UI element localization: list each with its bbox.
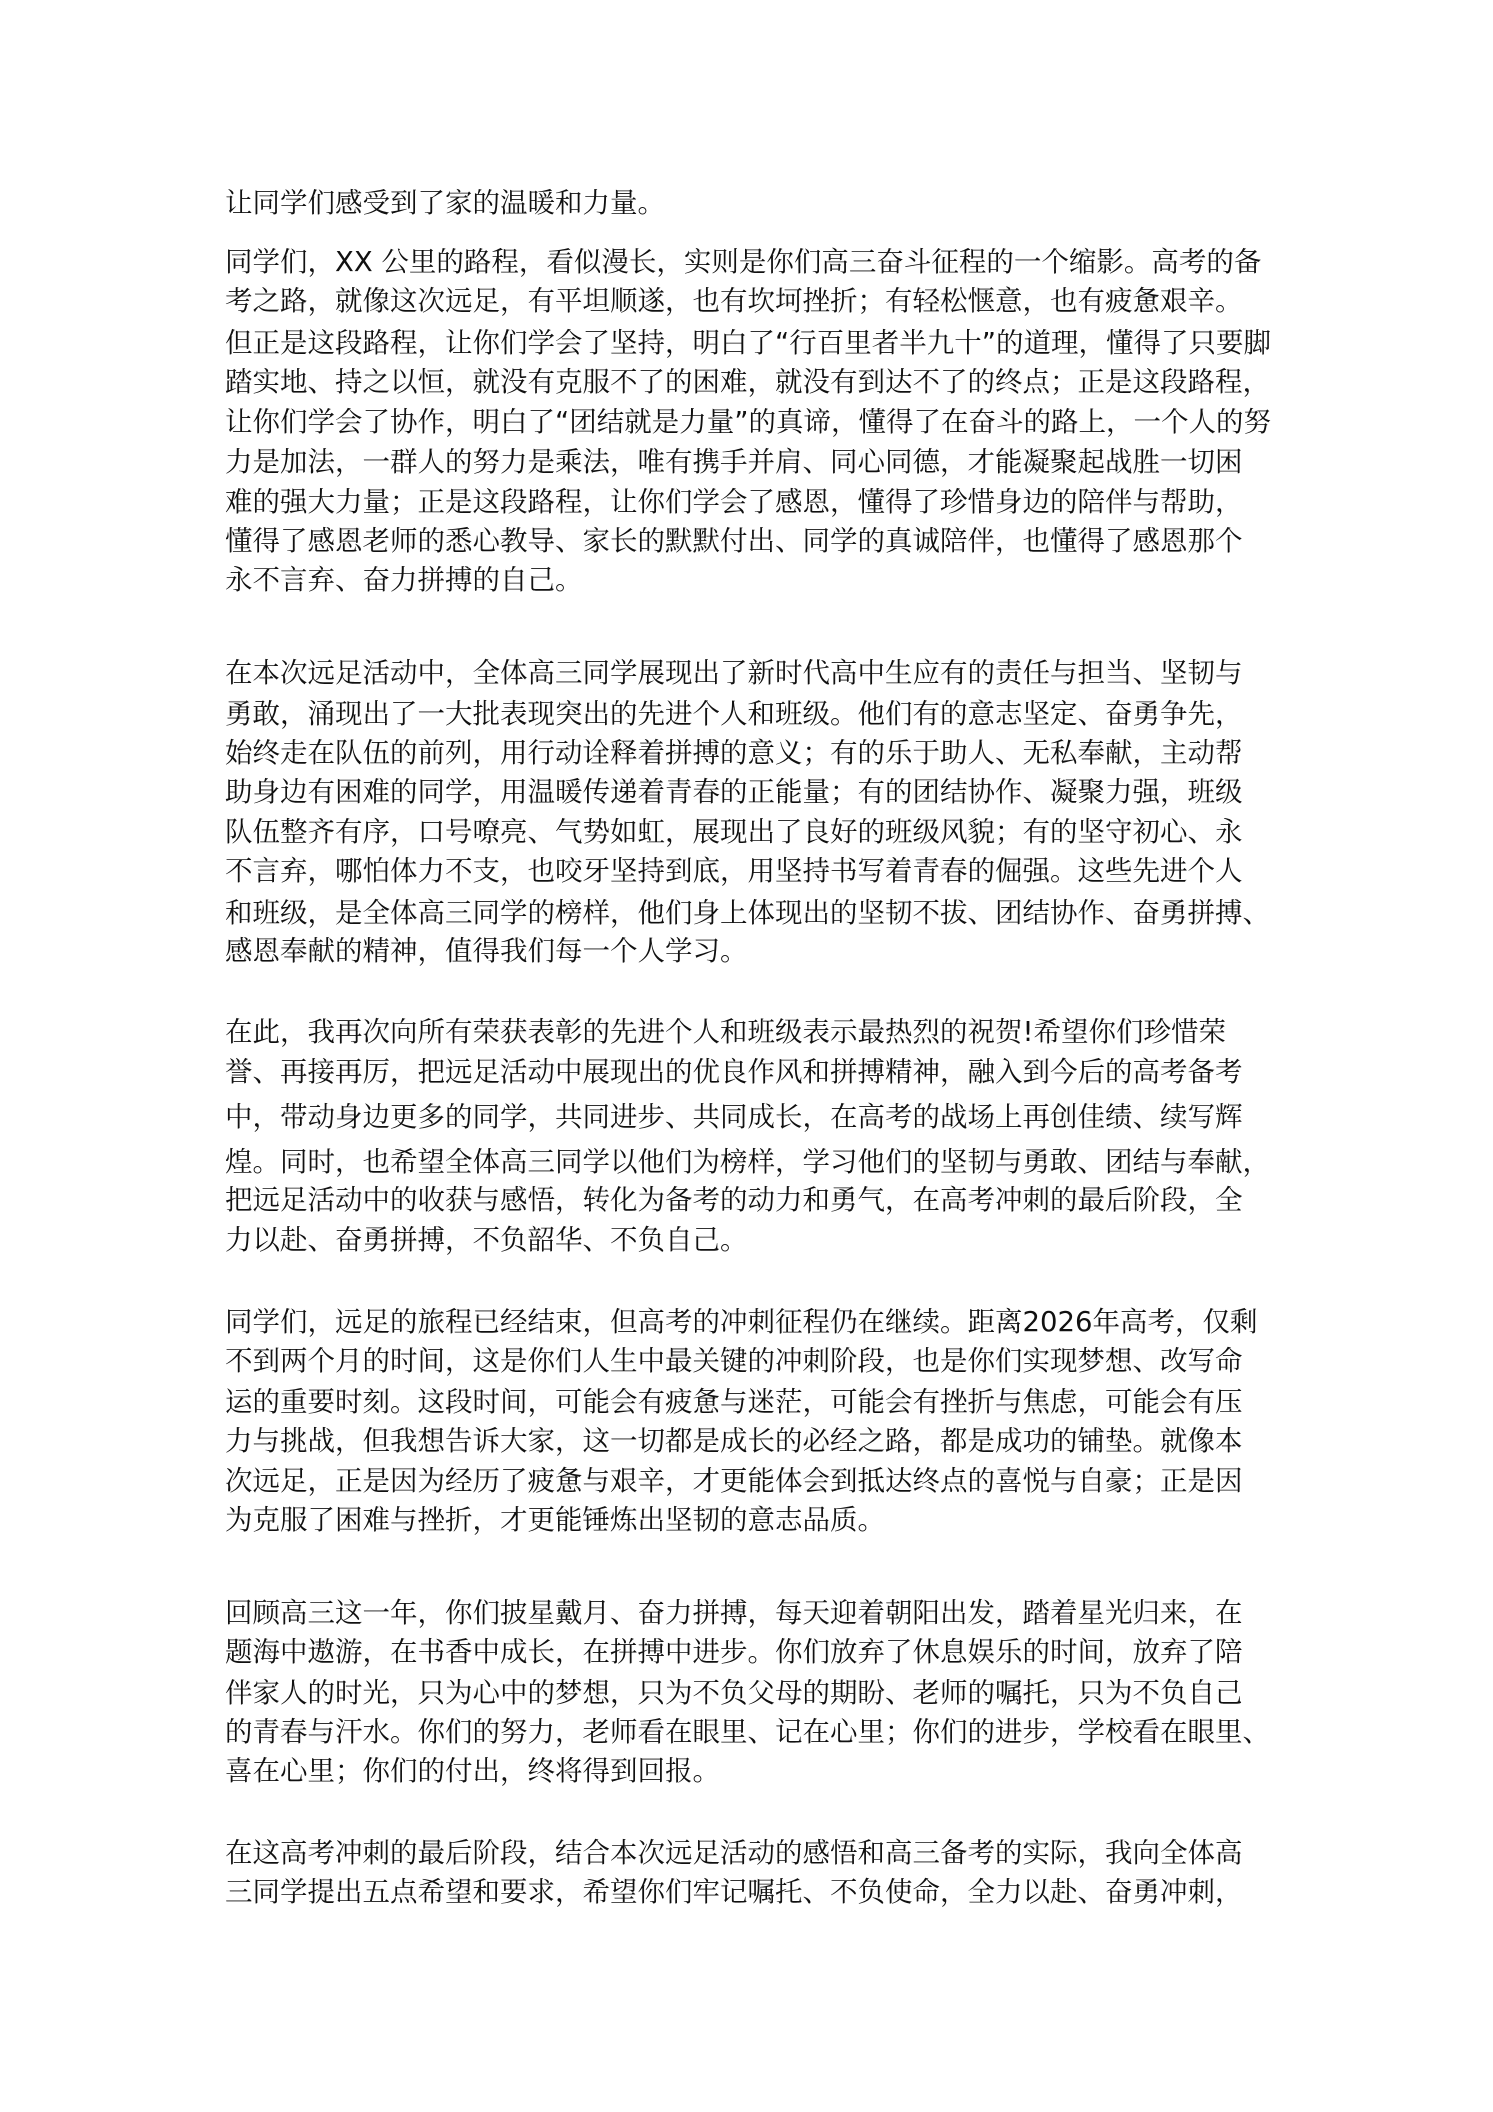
text-line: 次远足，正是因为经历了疲惫与艰辛，才更能体会到抵达终点的喜悦与自豪；正是因 bbox=[225, 1464, 1243, 1498]
text-line: 誉、再接再厉，把远足活动中展现出的优良作风和拼搏精神，融入到今后的高考备考 bbox=[225, 1055, 1243, 1089]
text-line: 永不言弃、奋力拼搏的自己。 bbox=[225, 563, 583, 597]
text-line: 勇敢，涌现出了一大批表现突出的先进个人和班级。他们有的意志坚定、奋勇争先， bbox=[225, 697, 1243, 731]
text-line: 中，带动身边更多的同学，共同进步、共同成长，在高考的战场上再创佳绩、续写辉 bbox=[225, 1100, 1243, 1134]
text-line: 考之路，就像这次远足，有平坦顺遂，也有坎坷挫折；有轻松惬意，也有疲惫艰辛。 bbox=[225, 284, 1243, 318]
text-line: 在这高考冲刺的最后阶段，结合本次远足活动的感悟和高三备考的实际，我向全体高 bbox=[225, 1836, 1243, 1870]
text-line: 和班级，是全体高三同学的榜样，他们身上体现出的坚韧不拔、团结协作、奋勇拼搏、 bbox=[225, 896, 1270, 930]
text-line: 喜在心里；你们的付出，终将得到回报。 bbox=[225, 1754, 720, 1788]
text-line: 踏实地、持之以恒，就没有克服不了的困难，就没有到达不了的终点；正是这段路程， bbox=[225, 365, 1270, 399]
document-page: 让同学们感受到了家的温暖和力量。 同学们，XX 公里的路程，看似漫长，实则是你们… bbox=[0, 0, 1493, 2112]
text-line: 的青春与汗水。你们的努力，老师看在眼里、记在心里；你们的进步，学校看在眼里、 bbox=[225, 1715, 1270, 1749]
text-line: 为克服了困难与挫折，才更能锤炼出坚韧的意志品质。 bbox=[225, 1503, 885, 1537]
text-line: 不言弃，哪怕体力不支，也咬牙坚持到底，用坚持书写着青春的倔强。这些先进个人 bbox=[225, 854, 1243, 888]
text-line: 同学们，XX 公里的路程，看似漫长，实则是你们高三奋斗征程的一个缩影。高考的备 bbox=[225, 245, 1261, 279]
text-line: 三同学提出五点希望和要求，希望你们牢记嘱托、不负使命，全力以赴、奋勇冲刺， bbox=[225, 1875, 1243, 1909]
text-line: 助身边有困难的同学，用温暖传递着青春的正能量；有的团结协作、凝聚力强，班级 bbox=[225, 775, 1243, 809]
text-line: 难的强大力量；正是这段路程，让你们学会了感恩，懂得了珍惜身边的陪伴与帮助， bbox=[225, 485, 1243, 519]
text-line: 懂得了感恩老师的悉心教导、家长的默默付出、同学的真诚陪伴，也懂得了感恩那个 bbox=[225, 524, 1243, 558]
text-line: 把远足活动中的收获与感悟，转化为备考的动力和勇气，在高考冲刺的最后阶段，全 bbox=[225, 1183, 1243, 1217]
text-line: 在此，我再次向所有荣获表彰的先进个人和班级表示最热烈的祝贺!希望你们珍惜荣 bbox=[225, 1015, 1226, 1049]
text-line: 不到两个月的时间，这是你们人生中最关键的冲刺阶段，也是你们实现梦想、改写命 bbox=[225, 1344, 1243, 1378]
text-line: 感恩奉献的精神，值得我们每一个人学习。 bbox=[225, 934, 748, 968]
text-line: 在本次远足活动中，全体高三同学展现出了新时代高中生应有的责任与担当、坚韧与 bbox=[225, 656, 1243, 690]
text-line: 回顾高三这一年，你们披星戴月、奋力拼搏，每天迎着朝阳出发，踏着星光归来，在 bbox=[225, 1596, 1243, 1630]
text-line: 但正是这段路程，让你们学会了坚持，明白了“行百里者半九十”的道理，懂得了只要脚 bbox=[225, 326, 1271, 360]
text-line: 运的重要时刻。这段时间，可能会有疲惫与迷茫，可能会有挫折与焦虑，可能会有压 bbox=[225, 1385, 1243, 1419]
text-line: 队伍整齐有序，口号嘹亮、气势如虹，展现出了良好的班级风貌；有的坚守初心、永 bbox=[225, 815, 1243, 849]
text-line: 让你们学会了协作，明白了“团结就是力量”的真谛，懂得了在奋斗的路上，一个人的努 bbox=[225, 405, 1271, 439]
text-line: 始终走在队伍的前列，用行动诠释着拼搏的意义；有的乐于助人、无私奉献，主动帮 bbox=[225, 736, 1243, 770]
text-line: 力与挑战，但我想告诉大家，这一切都是成长的必经之路，都是成功的铺垫。就像本 bbox=[225, 1424, 1243, 1458]
text-line: 煌。同时，也希望全体高三同学以他们为榜样，学习他们的坚韧与勇敢、团结与奉献， bbox=[225, 1145, 1270, 1179]
text-line: 力以赴、奋勇拼搏，不负韶华、不负自己。 bbox=[225, 1223, 748, 1257]
text-line: 同学们，远足的旅程已经结束，但高考的冲刺征程仍在继续。距离2026年高考，仅剩 bbox=[225, 1305, 1257, 1339]
text-line: 题海中遨游，在书香中成长，在拼搏中进步。你们放弃了休息娱乐的时间，放弃了陪 bbox=[225, 1635, 1243, 1669]
text-line: 伴家人的时光，只为心中的梦想，只为不负父母的期盼、老师的嘱托，只为不负自己 bbox=[225, 1676, 1243, 1710]
text-line: 力是加法，一群人的努力是乘法，唯有携手并肩、同心同德，才能凝聚起战胜一切困 bbox=[225, 445, 1243, 479]
text-line: 让同学们感受到了家的温暖和力量。 bbox=[225, 186, 665, 220]
